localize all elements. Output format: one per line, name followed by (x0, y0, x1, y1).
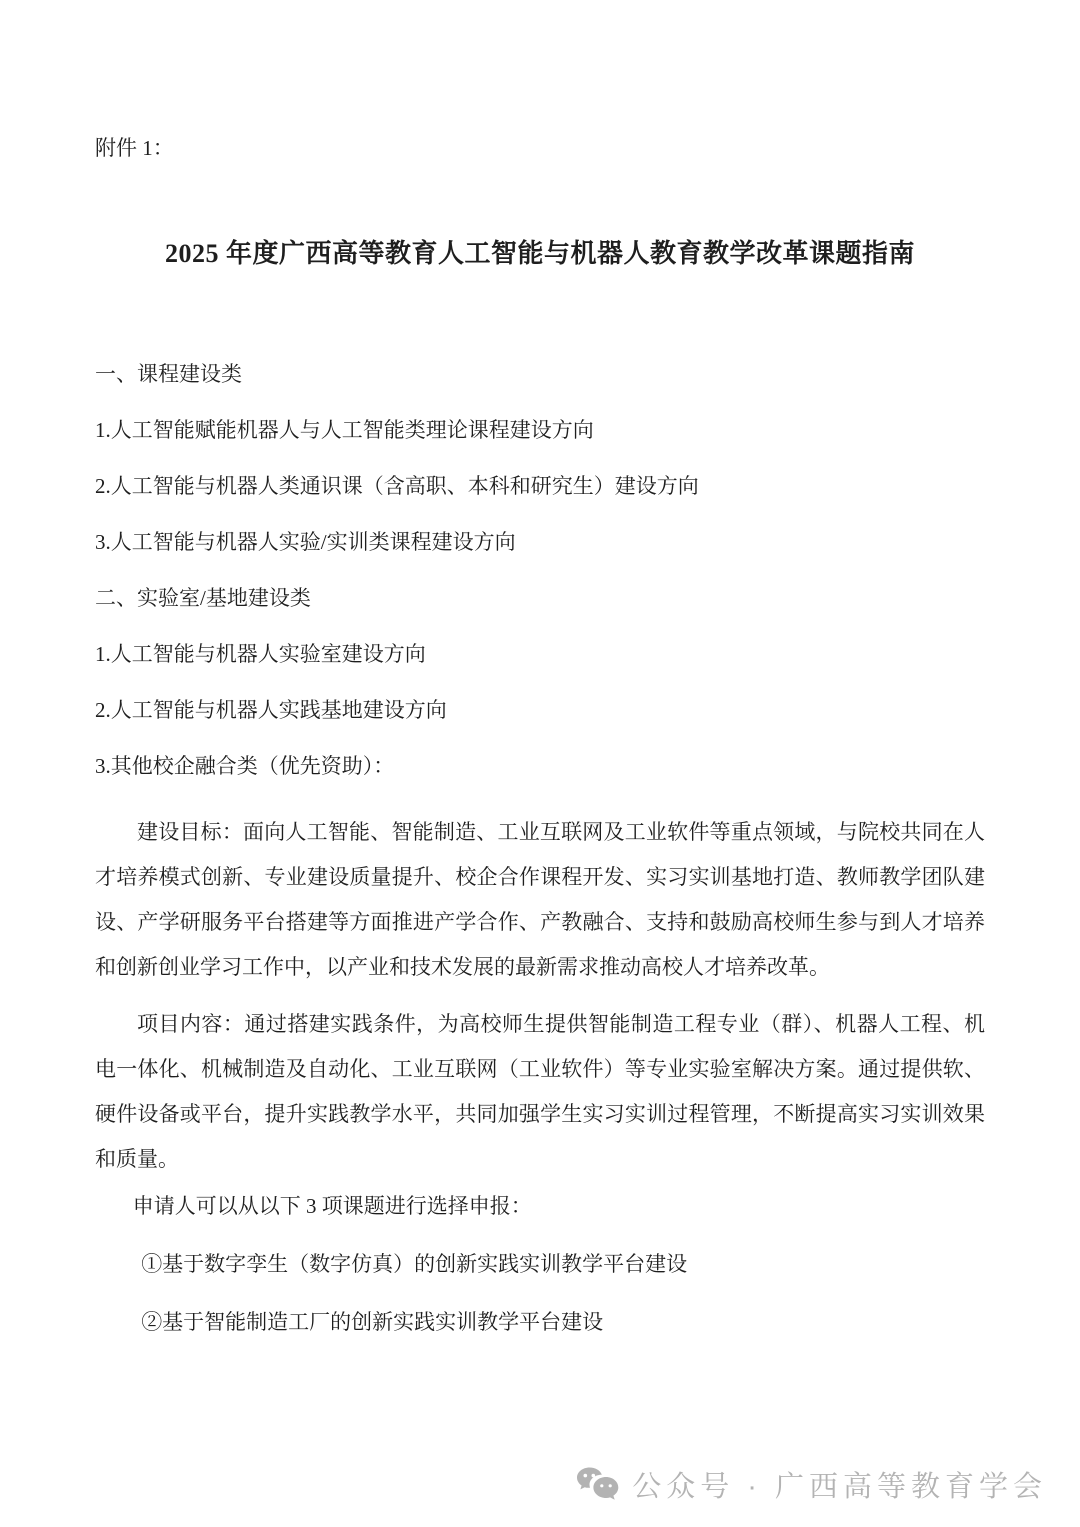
footer-watermark: 公众号 · 广西高等教育学会 (576, 1464, 1047, 1505)
section2-item-3: 3.其他校企融合类（优先资助）： (95, 752, 985, 780)
section2-item-1: 1.人工智能与机器人实验室建设方向 (95, 640, 985, 668)
apply-instruction-line: 申请人可以从以下 3 项课题进行选择申报： (95, 1192, 985, 1220)
wechat-icon (576, 1465, 622, 1505)
document-title: 2025 年度广西高等教育人工智能与机器人教育教学改革课题指南 (95, 236, 985, 272)
attachment-label: 附件 1： (95, 0, 985, 162)
document-content: 附件 1： 2025 年度广西高等教育人工智能与机器人教育教学改革课题指南 一、… (95, 0, 985, 1336)
document-page: 附件 1： 2025 年度广西高等教育人工智能与机器人教育教学改革课题指南 一、… (0, 0, 1080, 1527)
section1-heading: 一、课程建设类 (95, 360, 985, 388)
goal-paragraph: 建设目标：面向人工智能、智能制造、工业互联网及工业软件等重点领域，与院校共同在人… (95, 810, 985, 990)
section2-heading: 二、实验室/基地建设类 (95, 584, 985, 612)
section1-item-1: 1.人工智能赋能机器人与人工智能类理论课程建设方向 (95, 416, 985, 444)
topic-option-1: ①基于数字孪生（数字仿真）的创新实践实训教学平台建设 (95, 1250, 985, 1278)
content-paragraph: 项目内容：通过搭建实践条件，为高校师生提供智能制造工程专业（群）、机器人工程、机… (95, 1002, 985, 1182)
topic-option-2: ②基于智能制造工厂的创新实践实训教学平台建设 (95, 1308, 985, 1336)
section1-item-3: 3.人工智能与机器人实验/实训类课程建设方向 (95, 528, 985, 556)
section1-item-2: 2.人工智能与机器人类通识课（含高职、本科和研究生）建设方向 (95, 472, 985, 500)
section2-item-2: 2.人工智能与机器人实践基地建设方向 (95, 696, 985, 724)
watermark-text: 公众号 · 广西高等教育学会 (632, 1464, 1047, 1505)
